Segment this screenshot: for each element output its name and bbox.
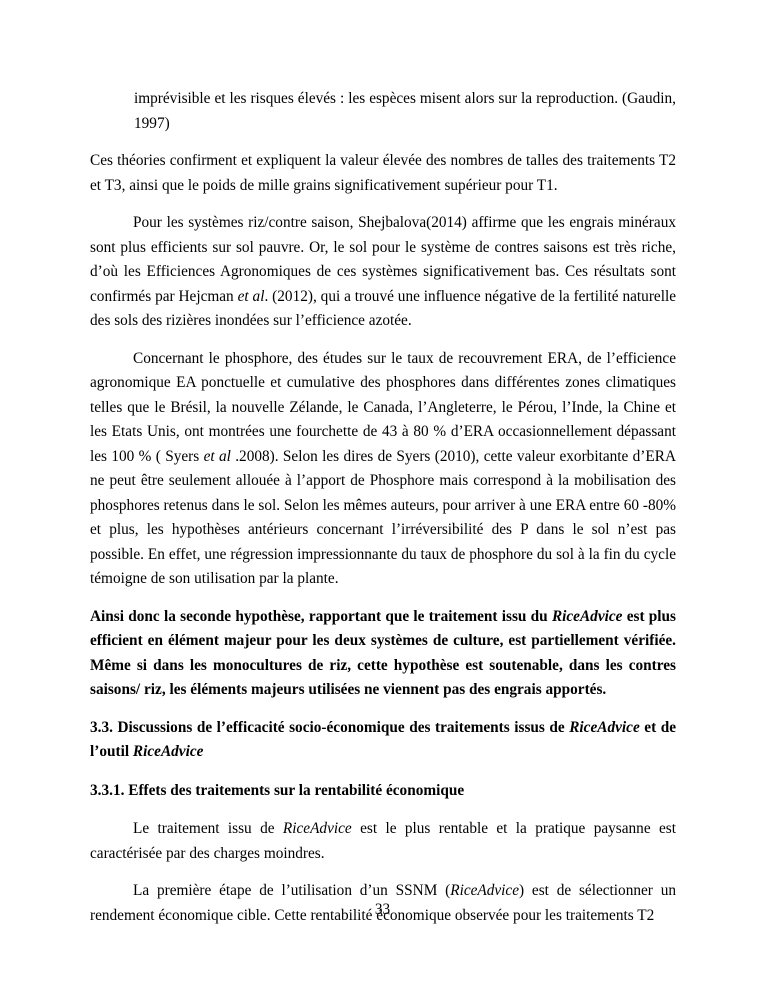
paragraph-systemes-riz: Pour les systèmes riz/contre saison, She… <box>90 211 676 334</box>
text-run: .2008). Selon les dires de Syers (2010),… <box>90 448 676 588</box>
text-run-emphasis: RiceAdvice <box>450 882 519 899</box>
text-run: imprévisible et les risques élevés : les… <box>134 90 676 132</box>
paragraph-traitement-rentable: Le traitement issu de RiceAdvice est le … <box>90 817 676 866</box>
heading-3-3-1: 3.3.1. Effets des traitements sur la ren… <box>90 779 676 804</box>
text-run: 3.3. Discussions de l’efficacité socio-é… <box>90 719 569 736</box>
paragraph-quote-gaudin: imprévisible et les risques élevés : les… <box>134 87 676 136</box>
text-run: Ces théories confirment et expliquent la… <box>90 152 676 194</box>
paragraph-seconde-hypothese: Ainsi donc la seconde hypothèse, rapport… <box>90 605 676 703</box>
document-page: imprévisible et les risques élevés : les… <box>0 0 765 990</box>
text-run-emphasis: RiceAdvice <box>133 743 204 760</box>
text-run-emphasis: et al <box>238 288 265 305</box>
paragraph-theories: Ces théories confirment et expliquent la… <box>90 149 676 198</box>
text-run: Ainsi donc la seconde hypothèse, rapport… <box>90 608 552 625</box>
page-number: 33 <box>0 898 765 923</box>
text-run: La première étape de l’utilisation d’un … <box>133 882 450 899</box>
heading-3-3: 3.3. Discussions de l’efficacité socio-é… <box>90 716 676 765</box>
text-run-emphasis: et al <box>204 448 231 465</box>
text-run: 3.3.1. Effets des traitements sur la ren… <box>90 782 464 799</box>
text-run: Le traitement issu de <box>133 820 283 837</box>
paragraph-phosphore: Concernant le phosphore, des études sur … <box>90 347 676 592</box>
text-run-emphasis: RiceAdvice <box>569 719 640 736</box>
text-run-emphasis: RiceAdvice <box>283 820 352 837</box>
text-run-emphasis: RiceAdvice <box>552 608 623 625</box>
